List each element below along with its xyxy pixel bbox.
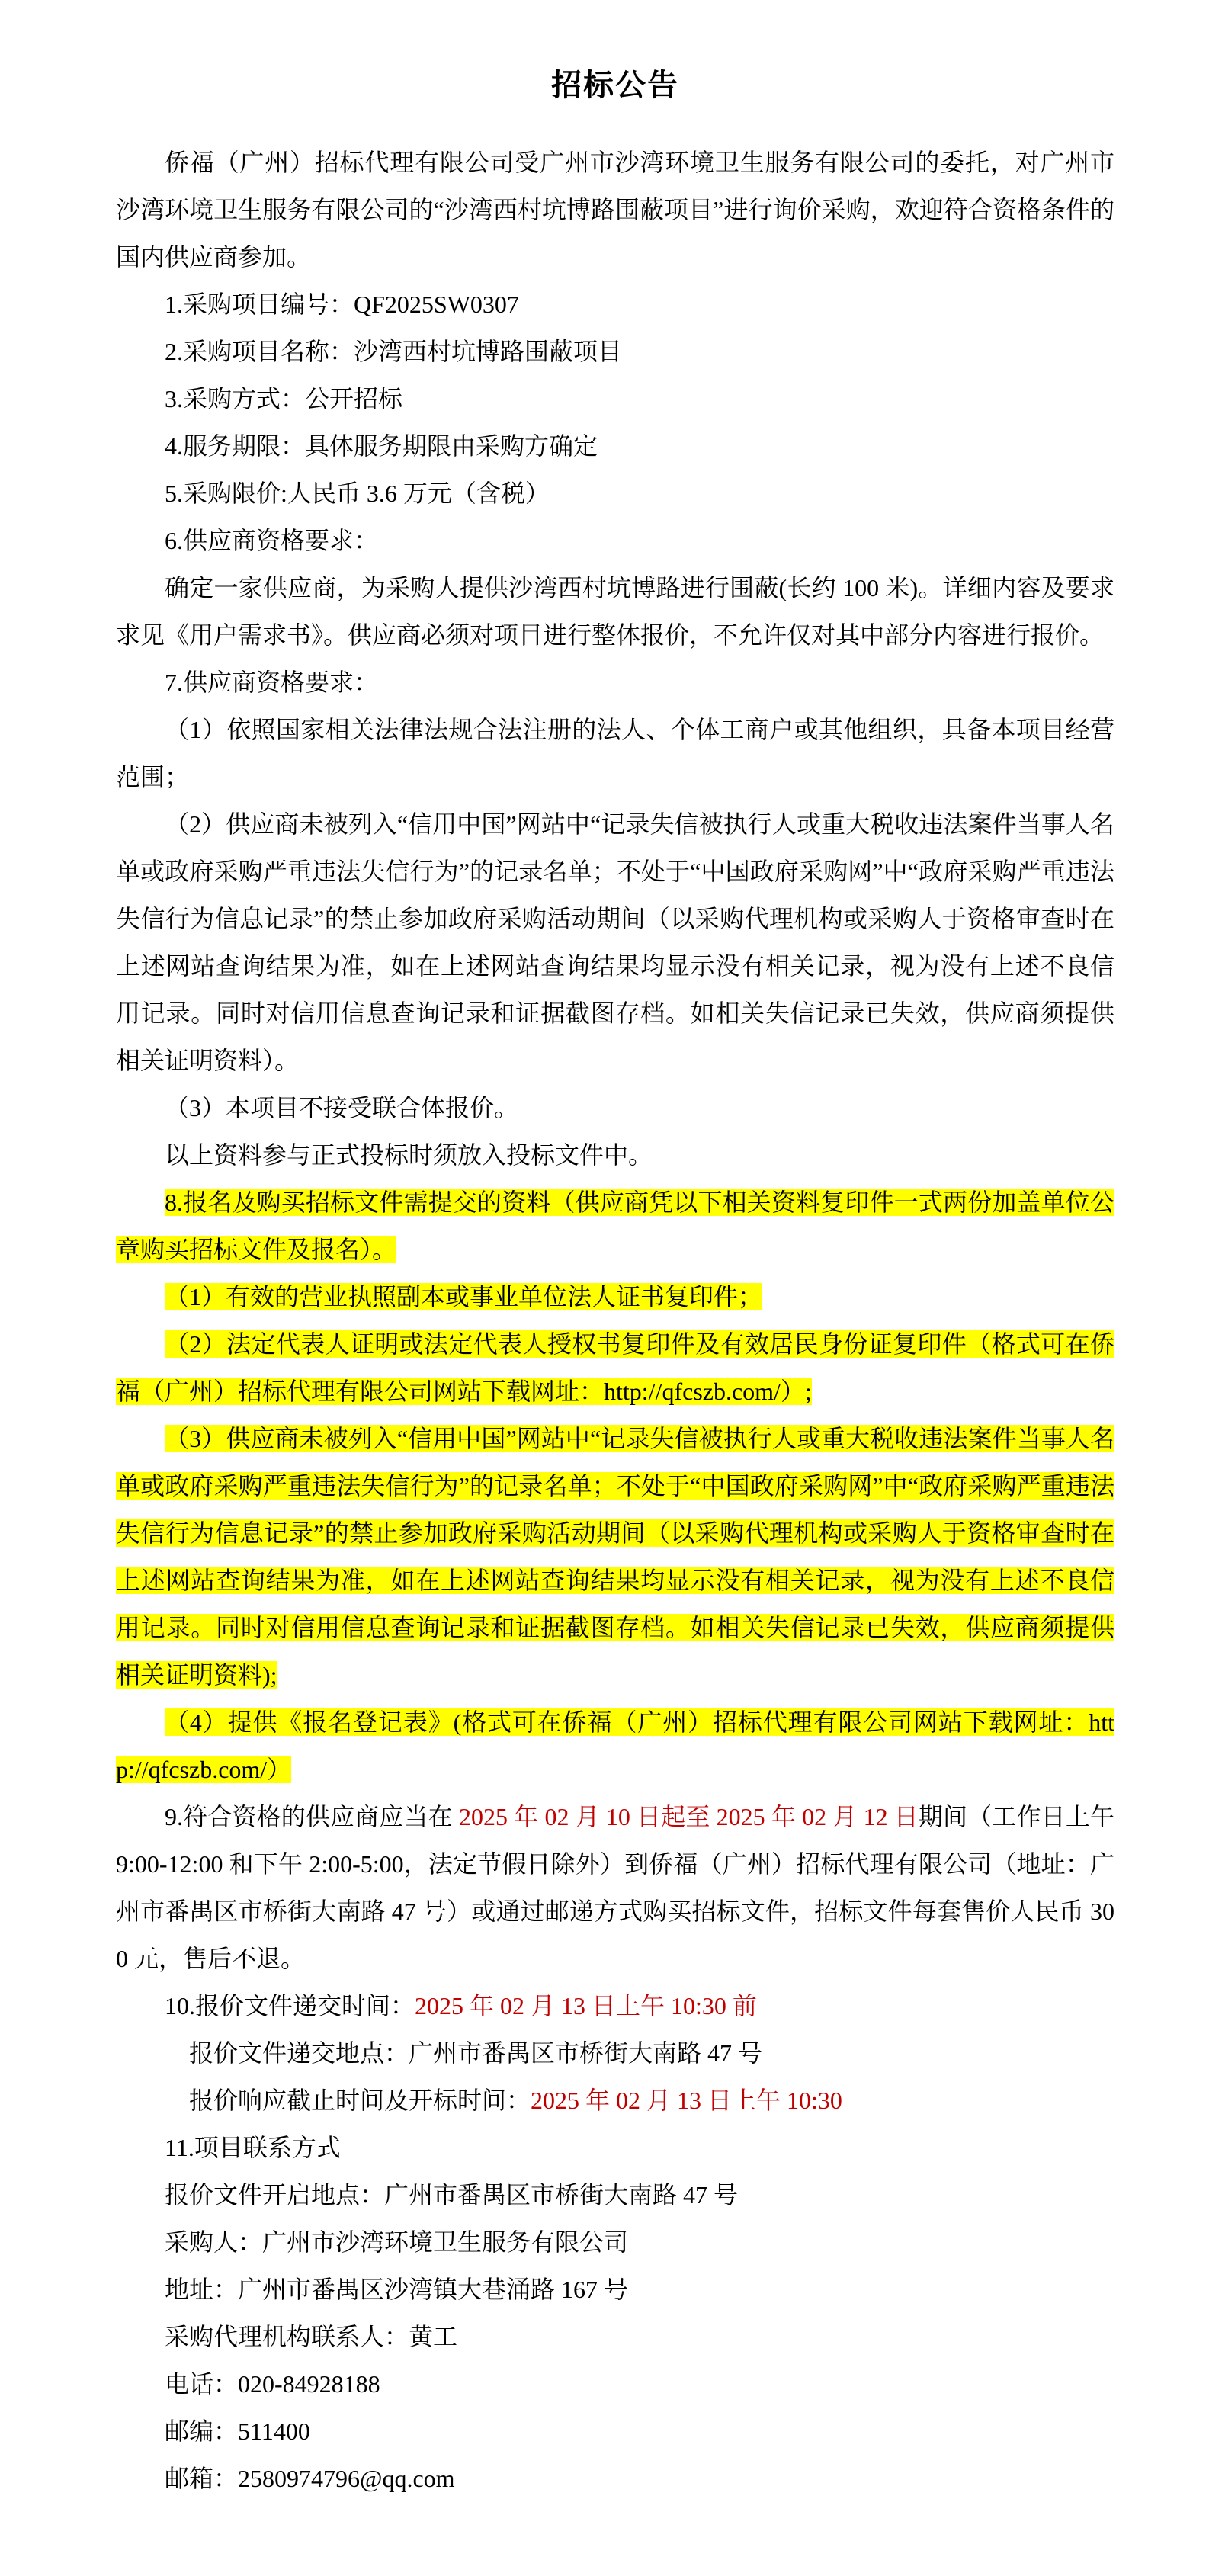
paragraph-postcode: 邮编：511400: [116, 2408, 1114, 2455]
text-run: 7.供应商资格要求：: [165, 669, 378, 696]
paragraph-purchaser-address: 地址：广州市番禺区沙湾镇大巷涌路 167 号: [116, 2266, 1114, 2313]
text-run: 10.报价文件递交时间：: [165, 1992, 415, 2019]
paragraph-item-7-1: （1）依照国家相关法律法规合法注册的法人、个体工商户或其他组织，具备本项目经营范…: [116, 706, 1114, 800]
text-run: 4.服务期限：具体服务期限由采购方确定: [165, 432, 598, 460]
red-date-text: 2025 年 02 月 10 日起至 2025 年 02 月 12 日: [459, 1803, 919, 1830]
highlighted-text: （4）提供《报名登记表》(格式可在侨福（广州）招标代理有限公司网站下载网址：ht…: [116, 1708, 1114, 1783]
paragraph-agency-contact: 采购代理机构联系人：黄工: [116, 2313, 1114, 2360]
highlighted-text: （3）供应商未被列入“信用中国”网站中“记录失信被执行人或重大税收违法案件当事人…: [116, 1425, 1114, 1689]
paragraph-item-8-1: （1）有效的营业执照副本或事业单位法人证书复印件；: [116, 1273, 1114, 1320]
document-title: 招标公告: [116, 67, 1114, 104]
paragraph-item-10-deadline: 报价响应截止时间及开标时间：2025 年 02 月 13 日上午 10:30: [116, 2077, 1114, 2124]
paragraph-item-2-project-name: 2.采购项目名称：沙湾西村坑博路围蔽项目: [116, 328, 1114, 375]
text-run: 以上资料参与正式投标时须放入投标文件中。: [165, 1141, 653, 1169]
text-run: 3.采购方式：公开招标: [165, 385, 402, 412]
paragraph-item-4-service-period: 4.服务期限：具体服务期限由采购方确定: [116, 422, 1114, 470]
paragraph-item-9: 9.符合资格的供应商应当在 2025 年 02 月 10 日起至 2025 年 …: [116, 1793, 1114, 1982]
text-run: 电话：020-84928188: [165, 2370, 380, 2398]
paragraph-purchaser: 采购人：广州市沙湾环境卫生服务有限公司: [116, 2218, 1114, 2266]
paragraph-item-8-3: （3）供应商未被列入“信用中国”网站中“记录失信被执行人或重大税收违法案件当事人…: [116, 1415, 1114, 1699]
text-run: 5.采购限价:人民币 3.6 万元（含税）: [165, 480, 550, 507]
text-run: 采购代理机构联系人：黄工: [165, 2323, 457, 2350]
red-date-text: 2025 年 02 月 13 日上午 10:30: [531, 2087, 842, 2114]
text-run: 邮编：511400: [165, 2417, 310, 2445]
text-run: （1）依照国家相关法律法规合法注册的法人、个体工商户或其他组织，具备本项目经营范…: [116, 716, 1114, 791]
text-run: 采购人：广州市沙湾环境卫生服务有限公司: [165, 2228, 628, 2256]
text-run: （3）本项目不接受联合体报价。: [165, 1094, 518, 1121]
page: 招标公告 侨福（广州）招标代理有限公司受广州市沙湾环境卫生服务有限公司的委托，对…: [0, 0, 1209, 2576]
text-run: 侨福（广州）招标代理有限公司受广州市沙湾环境卫生服务有限公司的委托，对广州市沙湾…: [116, 149, 1114, 271]
paragraph-item-7-heading: 7.供应商资格要求：: [116, 659, 1114, 706]
text-run: 6.供应商资格要求：: [165, 527, 378, 554]
paragraph-item-5-price-limit: 5.采购限价:人民币 3.6 万元（含税）: [116, 470, 1114, 517]
red-date-text: 2025 年 02 月 13 日上午 10:30 前: [415, 1992, 757, 2019]
paragraph-item-6-heading: 6.供应商资格要求：: [116, 517, 1114, 564]
paragraph-item-11-heading: 11.项目联系方式: [116, 2124, 1114, 2171]
paragraph-item-6-detail: 确定一家供应商，为采购人提供沙湾西村坑博路进行围蔽(长约 100 米)。详细内容…: [116, 564, 1114, 659]
text-run: 2.采购项目名称：沙湾西村坑博路围蔽项目: [165, 338, 622, 365]
paragraph-item-10-location: 报价文件递交地点：广州市番禺区市桥街大南路 47 号: [116, 2029, 1114, 2077]
highlighted-text: 8.报名及购买招标文件需提交的资料（供应商凭以下相关资料复印件一式两份加盖单位公…: [116, 1189, 1114, 1263]
text-run: 报价响应截止时间及开标时间：: [189, 2087, 531, 2114]
paragraph-item-7-3: （3）本项目不接受联合体报价。: [116, 1084, 1114, 1131]
paragraph-item-7-2: （2）供应商未被列入“信用中国”网站中“记录失信被执行人或重大税收违法案件当事人…: [116, 800, 1114, 1084]
paragraph-email: 邮箱：2580974796@qq.com: [116, 2455, 1114, 2502]
text-run: 报价文件开启地点：广州市番禺区市桥街大南路 47 号: [165, 2181, 738, 2209]
text-run: 地址：广州市番禺区沙湾镇大巷涌路 167 号: [165, 2276, 628, 2303]
text-run: 11.项目联系方式: [165, 2134, 341, 2161]
text-run: 报价文件递交地点：广州市番禺区市桥街大南路 47 号: [189, 2039, 762, 2067]
paragraph-phone: 电话：020-84928188: [116, 2360, 1114, 2408]
text-run: （2）供应商未被列入“信用中国”网站中“记录失信被执行人或重大税收违法案件当事人…: [116, 810, 1114, 1074]
paragraph-item-7-note: 以上资料参与正式投标时须放入投标文件中。: [116, 1131, 1114, 1179]
highlighted-text: （2）法定代表人证明或法定代表人授权书复印件及有效居民身份证复印件（格式可在侨福…: [116, 1330, 1114, 1405]
paragraph-item-8-2: （2）法定代表人证明或法定代表人授权书复印件及有效居民身份证复印件（格式可在侨福…: [116, 1320, 1114, 1415]
highlighted-text: （1）有效的营业执照副本或事业单位法人证书复印件；: [165, 1283, 762, 1310]
paragraph-item-10: 10.报价文件递交时间：2025 年 02 月 13 日上午 10:30 前: [116, 1982, 1114, 2029]
text-run: 确定一家供应商，为采购人提供沙湾西村坑博路进行围蔽(长约 100 米)。详细内容…: [116, 574, 1114, 649]
paragraph-intro: 侨福（广州）招标代理有限公司受广州市沙湾环境卫生服务有限公司的委托，对广州市沙湾…: [116, 139, 1114, 281]
text-run: 9.符合资格的供应商应当在: [165, 1803, 459, 1830]
paragraph-item-8-heading: 8.报名及购买招标文件需提交的资料（供应商凭以下相关资料复印件一式两份加盖单位公…: [116, 1179, 1114, 1273]
paragraph-item-3-procurement-method: 3.采购方式：公开招标: [116, 375, 1114, 422]
paragraph-item-8-4: （4）提供《报名登记表》(格式可在侨福（广州）招标代理有限公司网站下载网址：ht…: [116, 1699, 1114, 1793]
paragraph-item-11-open-location: 报价文件开启地点：广州市番禺区市桥街大南路 47 号: [116, 2171, 1114, 2218]
paragraph-item-1-project-number: 1.采购项目编号：QF2025SW0307: [116, 281, 1114, 328]
text-run: 邮箱：2580974796@qq.com: [165, 2465, 455, 2492]
text-run: 1.采购项目编号：QF2025SW0307: [165, 290, 519, 318]
document-body: 侨福（广州）招标代理有限公司受广州市沙湾环境卫生服务有限公司的委托，对广州市沙湾…: [116, 139, 1114, 2502]
